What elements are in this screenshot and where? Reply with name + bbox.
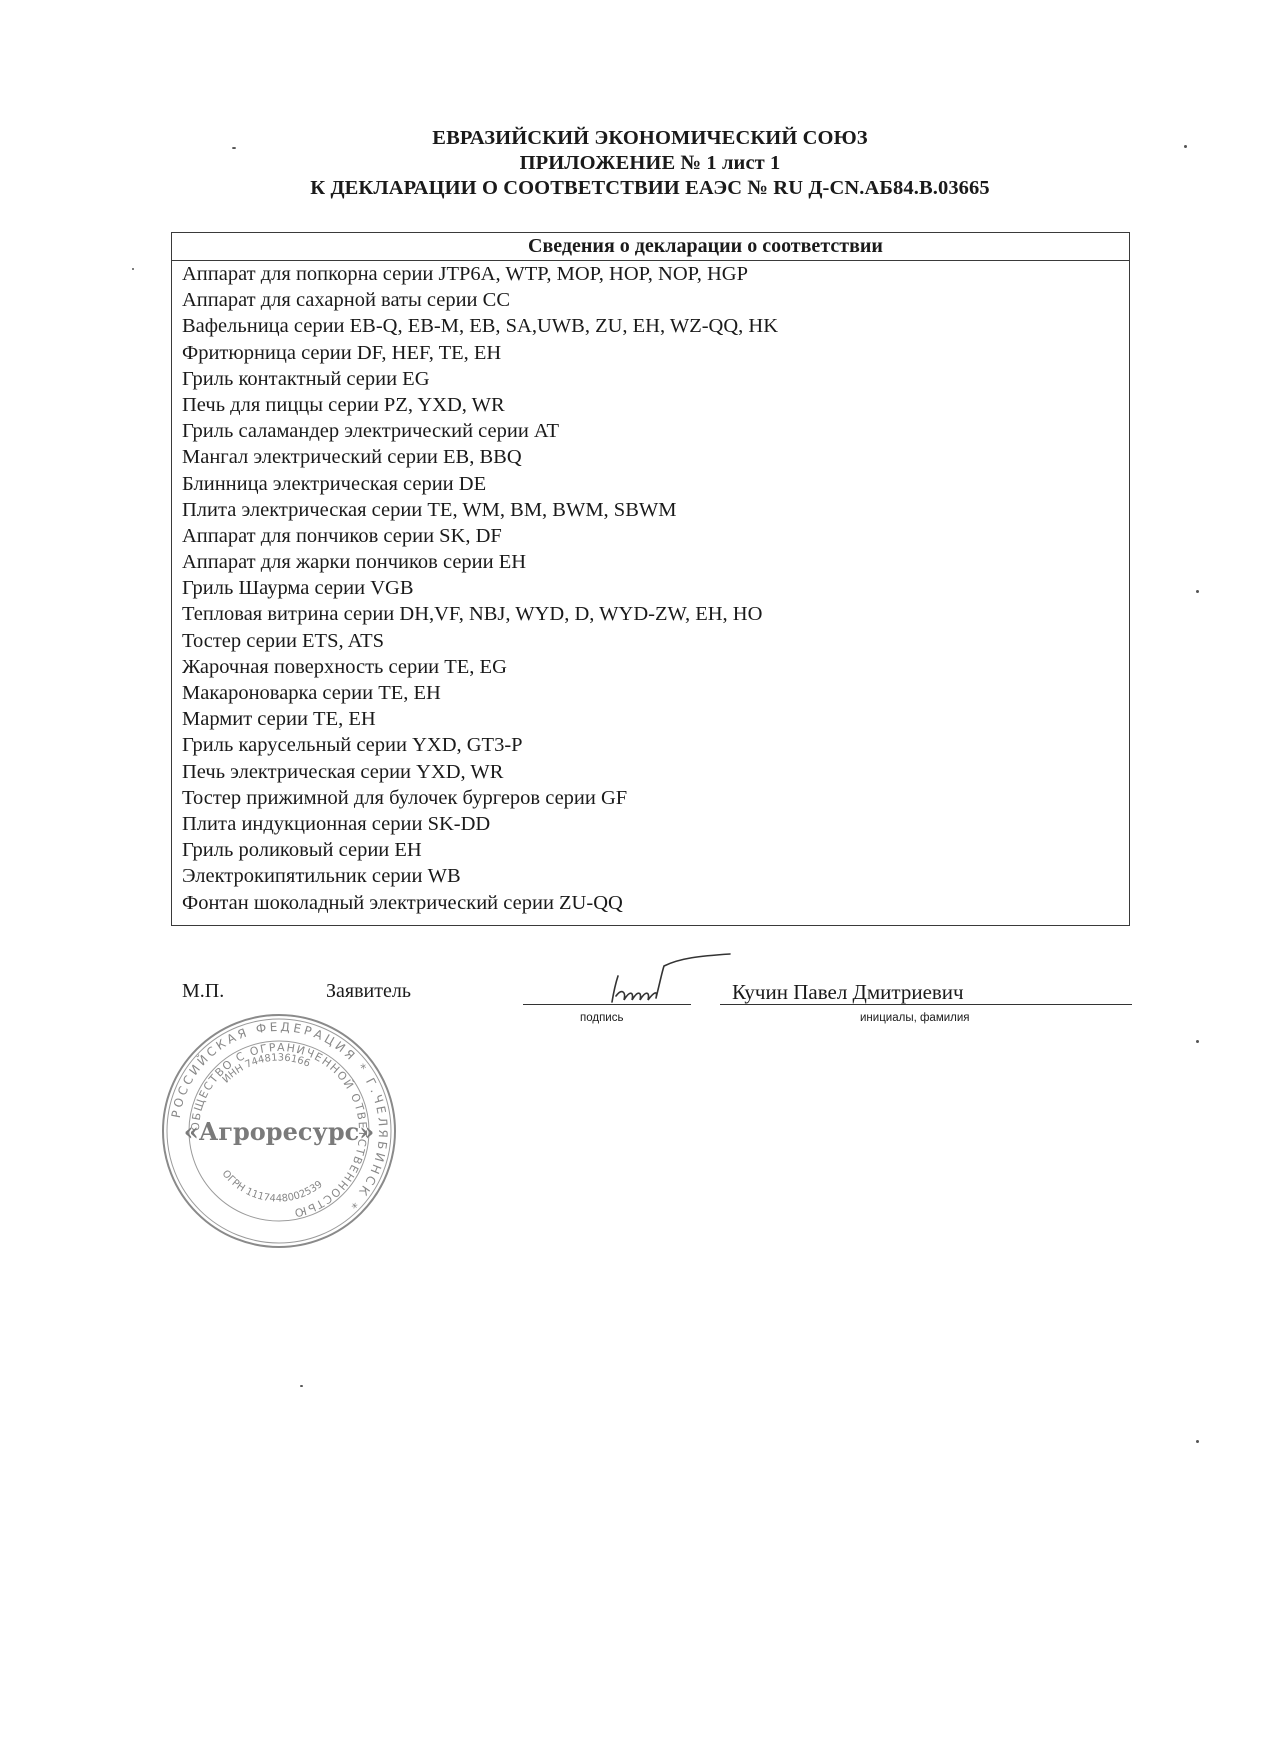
product-row: Тепловая витрина серии DH,VF, NBJ, WYD, … [182, 601, 1129, 627]
scan-speck [300, 1385, 303, 1387]
product-row: Гриль саламандер электрический серии AT [182, 418, 1129, 444]
product-list: Аппарат для попкорна серии JTP6A, WTP, M… [172, 261, 1129, 916]
product-row: Гриль контактный серии EG [182, 366, 1129, 392]
product-row: Тостер прижимной для булочек бургеров се… [182, 785, 1129, 811]
product-row: Гриль роликовый серии EH [182, 837, 1129, 863]
product-row: Аппарат для жарки пончиков серии EH [182, 549, 1129, 575]
product-row: Вафельница серии EB-Q, EB-M, EB, SA,UWB,… [182, 313, 1129, 339]
product-row: Печь электрическая серии YXD, WR [182, 759, 1129, 785]
scan-speck [1184, 145, 1187, 148]
scan-speck [1196, 1040, 1199, 1043]
handwritten-signature-icon [600, 952, 740, 1008]
svg-text:«Агроресурс»: «Агроресурс» [184, 1117, 374, 1146]
product-row: Плита индукционная серии SK-DD [182, 811, 1129, 837]
product-row: Мангал электрический серии EB, BBQ [182, 444, 1129, 470]
product-row: Печь для пиццы серии PZ, YXD, WR [182, 392, 1129, 418]
product-row: Блинница электрическая серии DE [182, 471, 1129, 497]
product-row: Гриль Шаурма серии VGB [182, 575, 1129, 601]
product-row: Гриль карусельный серии YXD, GT3-P [182, 732, 1129, 758]
product-row: Аппарат для пончиков серии SK, DF [182, 523, 1129, 549]
header-appendix-title: ПРИЛОЖЕНИЕ № 1 лист 1 [24, 151, 1276, 176]
svg-text:ОГРН 1117448002539: ОГРН 1117448002539 [220, 1168, 325, 1204]
product-row: Макароноварка серии TE, EH [182, 680, 1129, 706]
signature-caption: подпись [580, 1012, 623, 1024]
document-header: ЕВРАЗИЙСКИЙ ЭКОНОМИЧЕСКИЙ СОЮЗ ПРИЛОЖЕНИ… [0, 126, 1276, 201]
header-declaration-number: К ДЕКЛАРАЦИИ О СООТВЕТСТВИИ ЕАЭС № RU Д-… [24, 176, 1276, 201]
product-row: Плита электрическая серии TE, WM, BM, BW… [182, 497, 1129, 523]
name-line [720, 1004, 1132, 1005]
scan-speck [232, 147, 236, 149]
product-row: Аппарат для сахарной ваты серии CC [182, 287, 1129, 313]
product-row: Тостер серии ETS, ATS [182, 628, 1129, 654]
product-row: Мармит серии TE, EH [182, 706, 1129, 732]
product-row: Жарочная поверхность серии TE, EG [182, 654, 1129, 680]
signature-line [523, 1004, 691, 1005]
seal-label: М.П. [182, 980, 224, 1003]
scan-speck [132, 268, 134, 270]
product-row: Фонтан шоколадный электрический серии ZU… [182, 890, 1129, 916]
signer-name: Кучин Павел Дмитриевич [732, 980, 964, 1005]
name-caption: инициалы, фамилия [860, 1012, 970, 1024]
header-union-title: ЕВРАЗИЙСКИЙ ЭКОНОМИЧЕСКИЙ СОЮЗ [24, 126, 1276, 151]
company-stamp-icon: РОССИЙСКАЯ ФЕДЕРАЦИЯ * Г.ЧЕЛЯБИНСК * ОБЩ… [160, 1012, 398, 1250]
product-row: Фритюрница серии DF, HEF, TE, EH [182, 340, 1129, 366]
scan-speck [1196, 590, 1199, 593]
product-row: Аппарат для попкорна серии JTP6A, WTP, M… [182, 261, 1129, 287]
product-row: Электрокипятильник серии WB [182, 863, 1129, 889]
applicant-label: Заявитель [326, 980, 411, 1003]
scan-speck [1196, 1440, 1199, 1443]
table-heading: Сведения о декларации о соответствии [172, 233, 1129, 261]
declaration-info-table: Сведения о декларации о соответствии Апп… [171, 232, 1130, 926]
